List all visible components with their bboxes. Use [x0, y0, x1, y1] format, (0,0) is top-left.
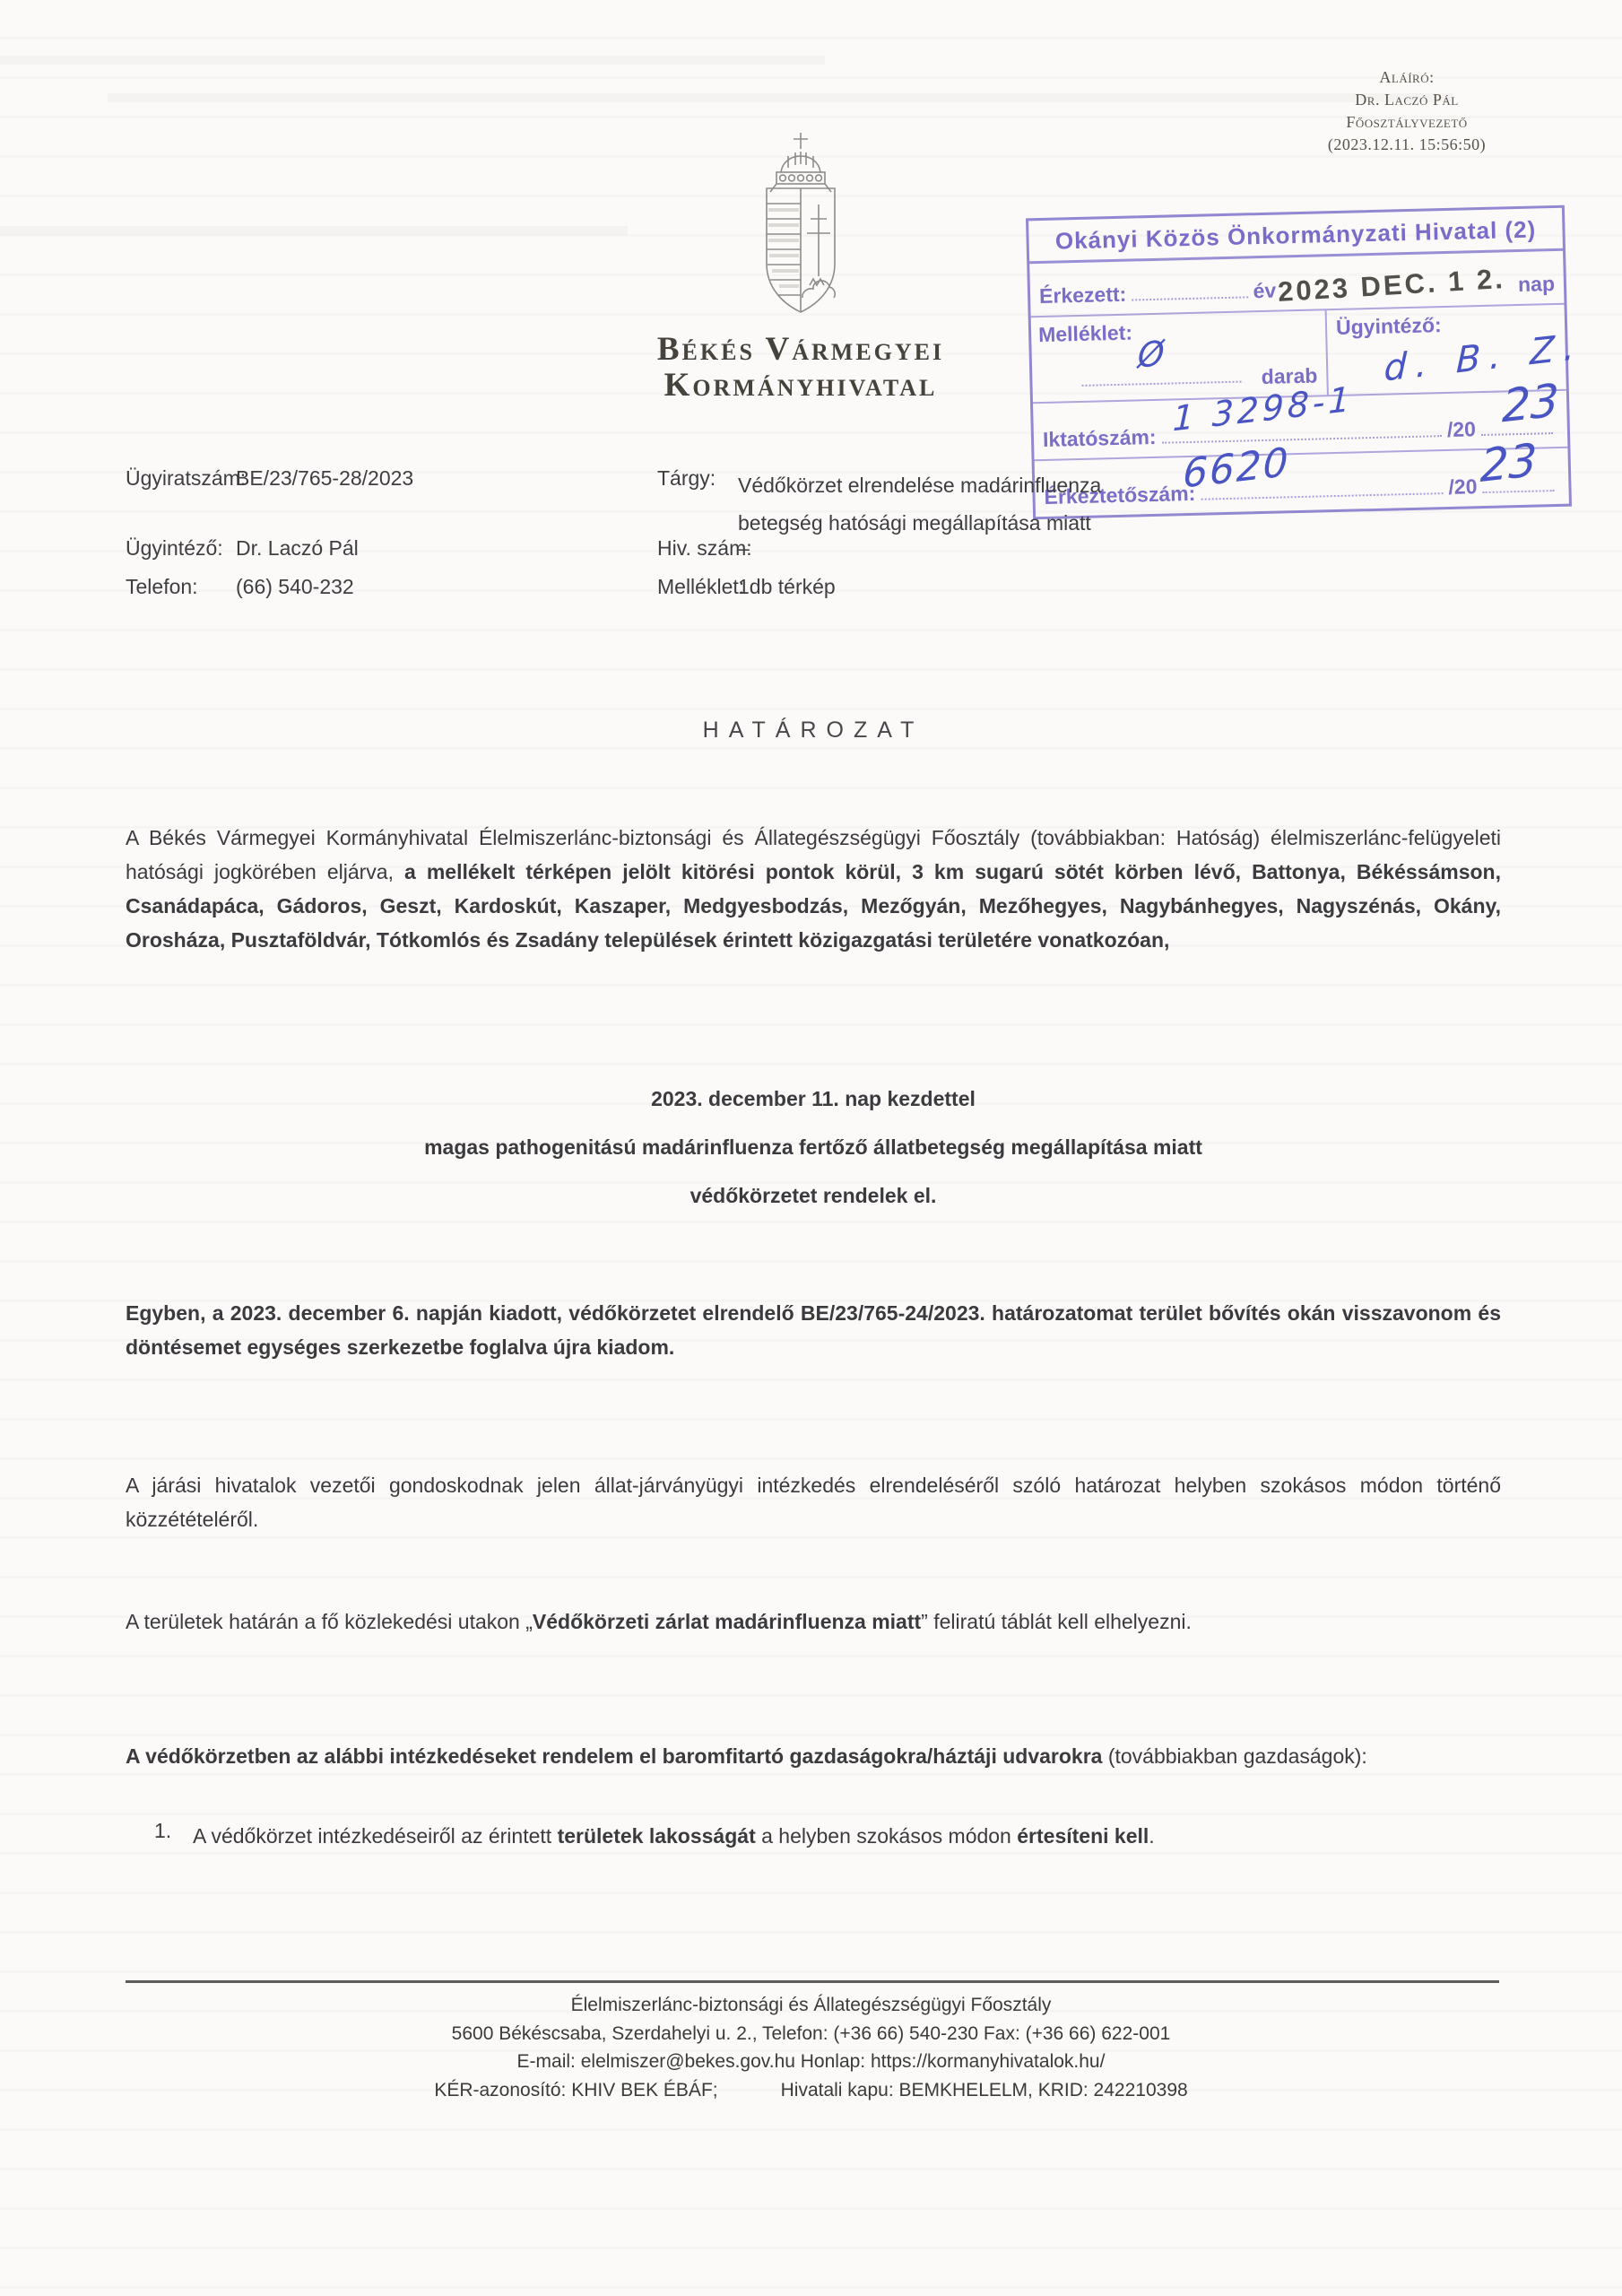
signer-timestamp: (2023.12.11. 15:56:50)	[1259, 134, 1555, 156]
arrival-number-year-handwriting: 23	[1480, 433, 1539, 492]
signer-label: Aláíró:	[1259, 66, 1555, 89]
footer-address: 5600 Békéscsaba, Szerdahelyi u. 2., Tele…	[0, 2020, 1622, 2048]
attachment-meta-label: Melléklet:	[657, 575, 744, 599]
letterhead: Békés Vármegyei Kormányhivatal	[599, 131, 1002, 404]
scan-artifact	[0, 56, 825, 65]
paragraph-scope: A Békés Vármegyei Kormányhivatal Élelmis…	[126, 821, 1501, 957]
scanned-document-page: Aláíró: Dr. Laczó Pál Főosztályvezető (2…	[0, 0, 1622, 2296]
clerk-meta-value: Dr. Laczó Pál	[236, 536, 359, 561]
decree-order-line: védőkörzetet rendelek el.	[126, 1184, 1501, 1208]
blank-line	[1082, 381, 1242, 387]
paragraph-revocation: Egyben, a 2023. december 6. napján kiado…	[126, 1296, 1501, 1364]
decree-date-line: 2023. december 11. nap kezdettel	[126, 1087, 1501, 1111]
year-label: év	[1253, 279, 1276, 304]
paragraph-signage: A területek határán a fő közlekedési uta…	[126, 1605, 1501, 1639]
day-label: nap	[1518, 272, 1556, 297]
org-name-line2: Kormányhivatal	[599, 368, 1002, 404]
org-name-line1: Békés Vármegyei	[599, 332, 1002, 368]
footer-ids-row: KÉR-azonosító: KHIV BEK ÉBÁF; Hivatali k…	[0, 2076, 1622, 2105]
paragraph-measures-intro: A védőkörzetben az alábbi intézkedéseket…	[126, 1739, 1501, 1773]
signature-block: Aláíró: Dr. Laczó Pál Főosztályvezető (2…	[1259, 66, 1555, 156]
ref-number-value: –	[738, 536, 750, 561]
subject-value: Védőkörzet elrendelése madárinfluenza be…	[738, 466, 1150, 542]
arrival-number-suffix: /20	[1448, 474, 1478, 500]
blank-line	[1132, 294, 1247, 300]
decree-reason-line: magas pathogenitású madárinfluenza fertő…	[126, 1135, 1501, 1160]
footer-email-web: E-mail: elelmiszer@bekes.gov.hu Honlap: …	[0, 2048, 1622, 2076]
file-number-suffix: /20	[1447, 417, 1477, 442]
attachment-label: Melléklet:	[1038, 321, 1132, 347]
received-label: Érkezett:	[1039, 283, 1127, 309]
scan-artifact	[108, 93, 1453, 102]
attachment-handwriting: Ø	[1137, 333, 1165, 376]
signer-role: Főosztályvezető	[1259, 111, 1555, 134]
list-item-text: A védőkörzet intézkedéseiről az érintett…	[193, 1819, 1501, 1853]
footer-hivatali-kapu: Hivatali kapu: BEMKHELELM, KRID: 2422103…	[781, 2076, 1188, 2105]
case-number-value: BE/23/765-28/2023	[236, 466, 413, 491]
decree-heading: HATÁROZAT	[126, 717, 1501, 744]
attachment-meta-value: 1db térkép	[738, 575, 836, 599]
blank-line	[1201, 491, 1443, 500]
footer: Élelmiszerlánc-biztonsági és Állategészs…	[0, 1991, 1622, 2104]
clerk-meta-label: Ügyintéző:	[126, 536, 223, 561]
file-number-year-handwriting: 23	[1502, 374, 1560, 433]
phone-value: (66) 540-232	[236, 575, 354, 599]
file-number-label: Iktatószám:	[1043, 425, 1157, 452]
footer-ker-id: KÉR-azonosító: KHIV BEK ÉBÁF;	[434, 2076, 717, 2105]
footer-department: Élelmiszerlánc-biztonsági és Állategészs…	[0, 1991, 1622, 2020]
footer-divider	[126, 1980, 1499, 1983]
subject-label: Tárgy:	[657, 466, 716, 491]
case-number-label: Ügyiratszám:	[126, 466, 246, 491]
hungarian-coat-of-arms-icon	[754, 131, 847, 317]
paragraph-publication: A járási hivatalok vezetői gondoskodnak …	[126, 1468, 1501, 1536]
phone-label: Telefon:	[126, 575, 198, 599]
signer-name: Dr. Laczó Pál	[1259, 89, 1555, 111]
date-stamp: 2023 DEC. 1 2.	[1277, 263, 1506, 309]
scan-artifact	[0, 226, 628, 235]
list-item-number: 1.	[154, 1819, 171, 1843]
